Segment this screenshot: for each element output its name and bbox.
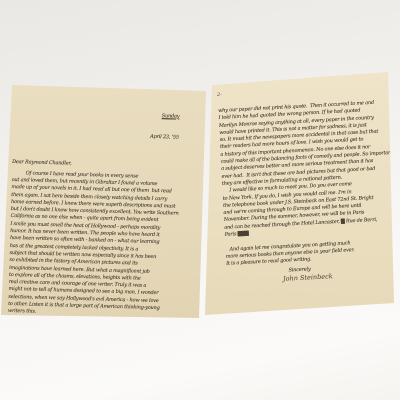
dateline-date: April 23, '55	[13, 130, 179, 142]
letter-photograph: Sunday April 23, '55 Dear Raymond Chandl…	[0, 0, 400, 400]
page-2-handwriting: why our paper did not print his quote. T…	[218, 99, 399, 287]
dateline-day: Sunday	[13, 109, 179, 121]
page-number: 2-	[217, 92, 222, 98]
handwriting-line: Recently Oscar Hammerstein - lyricist of…	[7, 323, 189, 335]
dateline: Sunday April 23, '55	[12, 94, 196, 157]
letter-page-2: 2- why our paper did not print his quote…	[204, 70, 400, 320]
handwriting-line: house in New York. He had just made an i…	[7, 330, 189, 342]
letter-page-1: Sunday April 23, '55 Dear Raymond Chandl…	[0, 82, 210, 324]
page-2-body-lines: why our paper did not print his quote. T…	[218, 99, 398, 268]
page-1-handwriting: Sunday April 23, '55 Dear Raymond Chandl…	[7, 94, 196, 357]
page-1-body-lines: Of course I have read your books in ever…	[7, 170, 194, 357]
handwriting-line: not one American newspaper had printed i…	[7, 345, 189, 357]
handwriting-line: he was puzzled. He had quoted from the W…	[7, 337, 189, 349]
